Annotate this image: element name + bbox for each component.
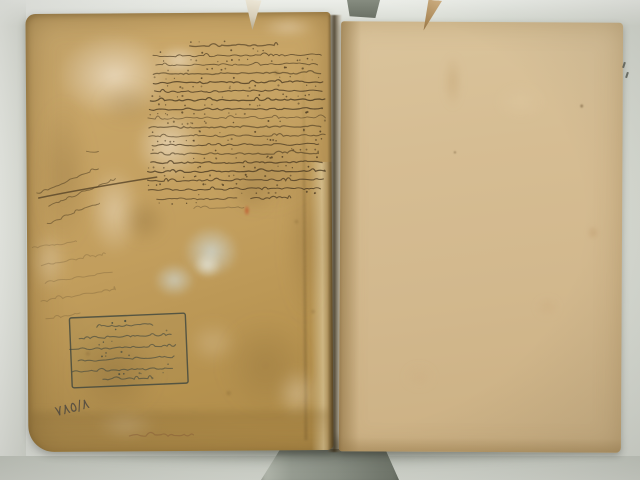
diacritic-dot [190,59,192,61]
diacritic-dot [246,176,248,178]
manuscript-text-block [138,38,334,219]
diacritic-dot [316,156,318,158]
diacritic-dot [226,60,228,62]
diacritic-dot [181,111,183,113]
diacritic-dot [257,105,259,107]
diacritic-dot [324,120,326,122]
diacritic-dot [305,95,307,97]
diacritic-dot [187,70,189,72]
ink-stroke [41,252,106,266]
diacritic-dot [165,104,166,105]
diacritic-dot [299,59,300,60]
diacritic-dot [196,202,197,203]
ink-stroke [86,151,98,152]
diacritic-dot [228,112,230,114]
ink-stroke [150,97,325,102]
diacritic-dot [276,184,278,186]
diacritic-dot [215,157,216,158]
diacritic-dot [271,156,273,158]
diacritic-dot [158,103,160,105]
diacritic-dot [277,166,278,167]
diacritic-dot [154,76,156,78]
diacritic-dot [262,50,263,51]
diacritic-dot [286,96,288,98]
ink-stroke [190,43,278,47]
ink-stroke [148,186,320,190]
stain [172,216,251,289]
diacritic-dot [247,59,248,60]
diacritic-dot [314,192,316,194]
right-page [339,21,623,452]
stain [532,294,564,320]
stain [145,256,203,304]
ink-stroke [129,432,193,436]
diacritic-dot [173,141,174,142]
diacritic-dot [243,166,245,168]
diacritic-dot [290,175,292,177]
diacritic-dot [231,148,232,149]
diacritic-dot [229,86,231,88]
diacritic-dot [198,194,199,195]
diacritic-dot [254,85,256,87]
diacritic-dot [255,192,257,194]
diacritic-dot [306,149,308,151]
diacritic-dot [160,51,162,53]
library-stamp [66,307,199,398]
spine-gutter [328,15,342,452]
ink-stroke [153,53,321,57]
diacritic-dot [191,123,193,125]
diacritic-dot [241,193,242,194]
diacritic-dot [171,203,173,205]
diacritic-dot [152,131,154,133]
diacritic-dot [308,166,310,168]
diacritic-dot [254,167,256,169]
diacritic-dot [315,139,317,141]
diacritic-dot [258,94,260,96]
diacritic-dot [229,87,231,89]
diacritic-dot [209,174,211,176]
diacritic-dot [195,60,197,62]
background-left-band [0,0,26,480]
stain [224,389,233,398]
diacritic-dot [321,138,323,140]
stain [187,248,227,283]
diacritic-dot [235,113,236,114]
stain [202,297,328,433]
diacritic-dot [236,183,238,185]
pen-trial-scribble [123,421,203,452]
diacritic-dot [266,156,267,157]
diacritic-dot [201,52,203,54]
diacritic-dot [193,140,194,141]
diacritic-dot [206,68,207,69]
diacritic-dot [184,105,186,107]
diacritic-dot [192,86,194,88]
diacritic-dot [271,60,273,62]
diacritic-dot [267,139,268,140]
diacritic-dot [198,130,200,132]
diacritic-dot [215,150,217,152]
diacritic-dot [303,129,305,131]
diacritic-dot [244,113,246,115]
ink-stroke [148,177,324,181]
diacritic-dot [282,93,284,95]
stain [579,103,585,110]
diacritic-dot [165,113,166,114]
diacritic-dot [300,149,302,151]
diacritic-dot [177,96,178,97]
diacritic-dot [302,67,304,69]
diacritic-dot [204,121,206,123]
diacritic-dot [167,85,168,86]
ink-stroke [194,206,244,209]
diacritic-dot [267,120,269,122]
diacritic-dot [202,183,204,185]
ink-stroke [149,125,321,128]
ink-stroke [47,201,100,225]
diacritic-dot [281,156,283,158]
diacritic-dot [201,77,203,79]
diacritic-dot [222,96,224,98]
diacritic-dot [297,96,298,97]
diacritic-dot [231,138,233,140]
diacritic-dot [298,102,300,104]
diacritic-dot [190,41,192,43]
marginalia-annotations [34,141,165,242]
diacritic-dot [235,157,236,158]
diacritic-dot [228,175,230,177]
diacritic-dot [312,59,313,60]
diacritic-dot [291,148,292,149]
diacritic-dot [275,192,277,194]
diacritic-dot [201,86,203,88]
diacritic-dot [204,113,206,115]
diacritic-dot [194,176,195,177]
diacritic-dot [221,183,223,185]
ink-stroke [153,71,320,75]
diacritic-dot [181,95,183,97]
diacritic-dot [308,94,310,96]
ink-stroke [155,88,323,93]
left-page: ٧٨٥/٨ [25,12,333,452]
diacritic-dot [306,191,308,193]
diacritic-dot [231,59,233,61]
diacritic-dot [233,175,235,177]
stain [452,150,457,155]
stain [399,362,439,392]
diacritic-dot [173,121,175,123]
grey-strap-top [347,0,380,18]
ink-stroke [149,107,322,110]
diacritic-dot [249,87,251,89]
diacritic-dot [318,77,319,78]
ink-stroke [41,286,116,302]
diacritic-dot [204,104,206,106]
stain [293,218,300,225]
diacritic-dot [164,140,166,142]
diacritic-dot [227,140,228,141]
diacritic-dot [306,111,308,113]
diacritic-dot [169,141,171,143]
diacritic-dot [224,40,226,42]
diacritic-dot [179,86,181,88]
diacritic-dot [297,60,299,62]
diacritic-dot [275,140,277,142]
stamp-border [69,313,188,388]
stain [441,44,465,119]
diacritic-dot [249,104,251,106]
diacritic-dot [306,85,307,86]
diacritic-dot [233,122,235,124]
diacritic-dot [259,105,261,107]
stain [491,82,551,122]
diacritic-dot [163,60,164,61]
diacritic-dot [247,95,249,97]
diacritic-dot [279,77,280,78]
marginalia-group [32,235,118,320]
diacritic-dot [205,184,206,185]
ink-stroke [39,177,157,198]
ink-stroke [32,240,76,249]
diacritic-dot [279,121,280,122]
diacritic-dot [186,140,187,141]
diacritic-dot [211,104,213,106]
ink-stroke [251,196,291,200]
diacritic-dot [217,61,218,62]
ink-stroke [148,115,326,120]
diacritic-dot [193,113,195,115]
diacritic-dot [187,123,189,125]
diacritic-dot [257,51,258,52]
diacritic-dot [193,158,194,159]
diacritic-dot [264,175,266,177]
diacritic-dot [230,49,232,51]
diacritic-dot [151,95,153,97]
diacritic-dot [233,77,235,79]
diacritic-dot [224,68,226,70]
edge-marks [623,62,631,84]
diacritic-dot [254,131,256,133]
diacritic-dot [284,66,286,68]
diacritic-dot [307,58,309,60]
diacritic-dot [285,165,287,167]
diacritic-dot [186,203,187,204]
diacritic-dot [252,48,254,50]
diacritic-dot [319,131,321,133]
diacritic-dot [238,59,240,61]
diacritic-dot [167,114,169,116]
ink-stroke [153,79,322,84]
diacritic-dot [199,41,200,42]
diacritic-dot [159,96,161,98]
ink-stroke [152,143,319,147]
ink-stroke [156,62,318,66]
diacritic-dot [292,149,294,151]
diacritic-dot [183,177,184,178]
diacritic-dot [314,149,316,151]
diacritic-dot [197,167,199,169]
diacritic-dot [292,167,293,168]
diacritic-dot [167,122,169,124]
diacritic-dot [245,174,247,176]
ink-stroke [45,271,112,284]
diacritic-dot [205,122,207,124]
ink-stroke [149,133,325,137]
diacritic-dot [157,113,158,114]
diacritic-dot [181,123,183,125]
diacritic-dot [268,192,270,194]
diacritic-dot [269,139,271,141]
diacritic-dot [272,139,274,141]
diacritic-dot [219,132,220,133]
ink-stroke [48,178,115,207]
stain [585,223,601,243]
diacritic-dot [165,78,166,79]
diacritic-dot [277,84,279,86]
diacritic-dot [199,166,201,168]
ink-stroke [151,160,322,164]
diacritic-dot [167,70,169,72]
ink-stroke [148,168,326,172]
diacritic-dot [315,85,317,87]
diacritic-dot [290,76,291,77]
photograph: ٧٨٥/٨ [0,0,640,480]
diacritic-dot [211,68,213,70]
ink-stroke [157,198,237,200]
diacritic-dot [174,78,175,79]
marginalia-group [35,162,122,225]
diacritic-dot [150,114,151,115]
diacritic-dot [204,157,206,159]
diacritic-dot [221,69,223,71]
ink-stroke [151,150,318,155]
diacritic-dot [181,87,183,89]
